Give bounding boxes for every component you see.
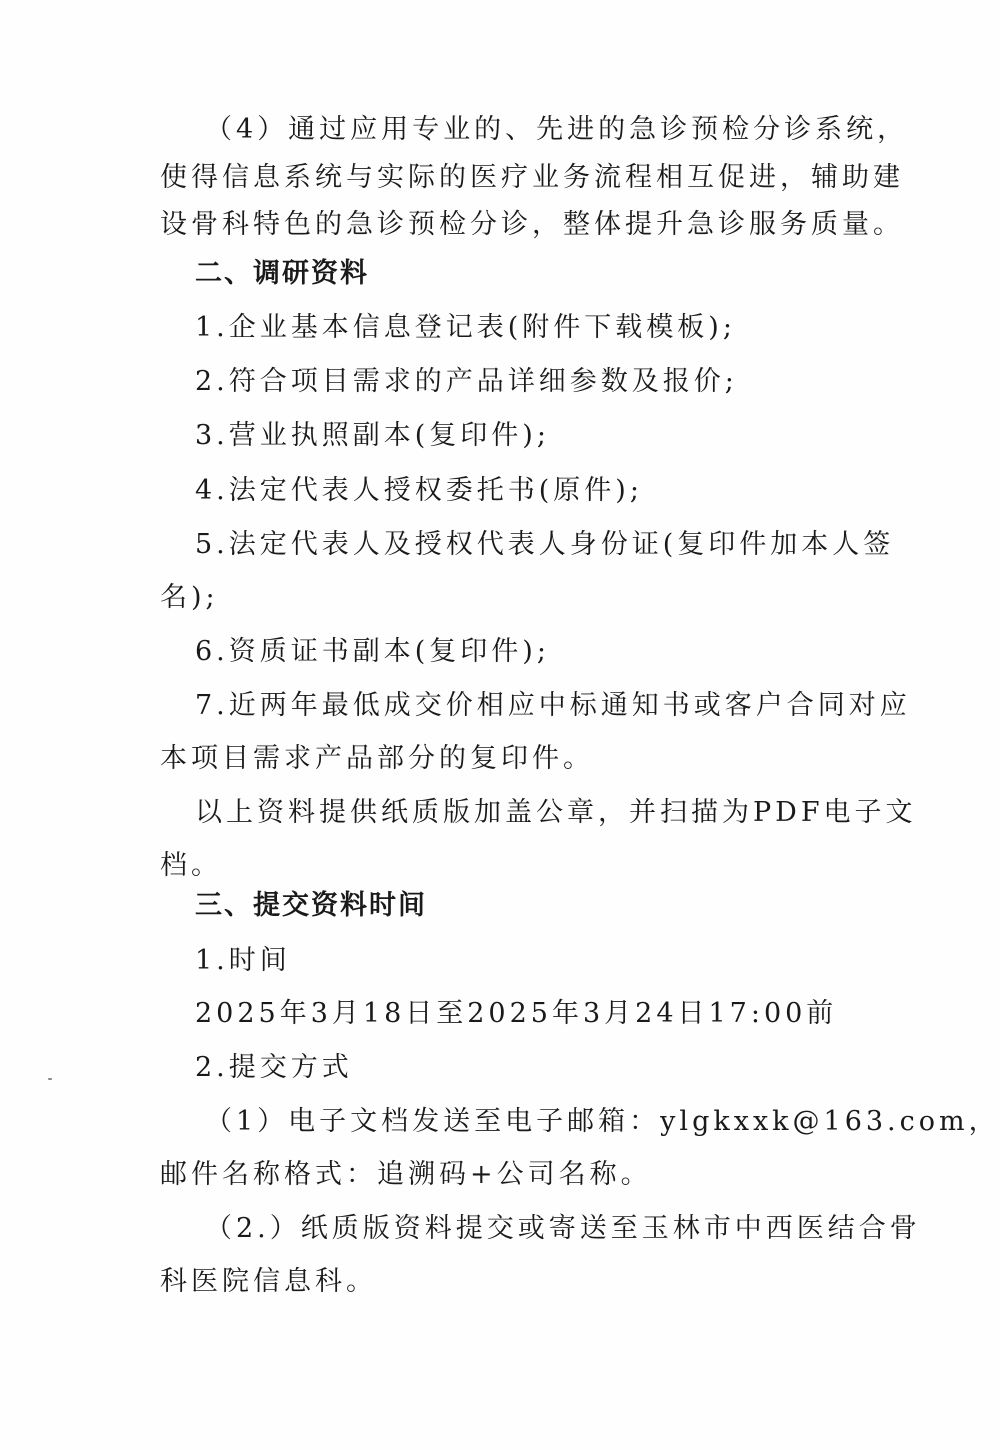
list-item-4: 4.法定代表人授权委托书(原件); (195, 473, 643, 509)
list-item-7-line-2: 本项目需求产品部分的复印件。 (160, 741, 594, 777)
method-label: 2.提交方式 (195, 1050, 353, 1086)
section-2-heading: 二、调研资料 (195, 256, 369, 292)
method-1-line-1: （1）电子文档发送至电子邮箱：ylgkxxk@163.com， (205, 1104, 1000, 1140)
list-item-5-line-1: 5.法定代表人及授权代表人身份证(复印件加本人签 (195, 527, 894, 563)
list-item-5-line-2: 名); (160, 580, 219, 616)
document-page: （4）通过应用专业的、先进的急诊预检分诊系统， 使得信息系统与实际的医疗业务流程… (0, 0, 1000, 1450)
note-line-1: 以上资料提供纸质版加盖公章，并扫描为PDF电子文 (195, 795, 917, 831)
list-item-7-line-1: 7.近两年最低成交价相应中标通知书或客户合同对应 (195, 688, 911, 724)
list-item-2: 2.符合项目需求的产品详细参数及报价; (195, 364, 738, 400)
time-value: 2025年3月18日至2025年3月24日17:00前 (195, 996, 837, 1032)
section-3-heading: 三、提交资料时间 (195, 888, 427, 924)
note-line-2: 档。 (160, 848, 222, 884)
list-item-6: 6.资质证书副本(复印件); (195, 634, 550, 670)
method-2-line-1: （2.）纸质版资料提交或寄送至玉林市中西医结合骨 (205, 1211, 921, 1247)
paragraph-4-line-2: 使得信息系统与实际的医疗业务流程相互促进，辅助建 (160, 160, 904, 196)
scan-speck (48, 1078, 52, 1080)
list-item-1: 1.企业基本信息登记表(附件下载模板); (195, 310, 736, 346)
paragraph-4-line-3: 设骨科特色的急诊预检分诊，整体提升急诊服务质量。 (160, 207, 904, 243)
paragraph-4-line-1: （4）通过应用专业的、先进的急诊预检分诊系统， (205, 112, 908, 148)
time-label: 1.时间 (195, 943, 291, 979)
method-2-line-2: 科医院信息科。 (160, 1264, 377, 1300)
method-1-line-2: 邮件名称格式：追溯码+公司名称。 (160, 1157, 652, 1193)
list-item-3: 3.营业执照副本(复印件); (195, 418, 550, 454)
